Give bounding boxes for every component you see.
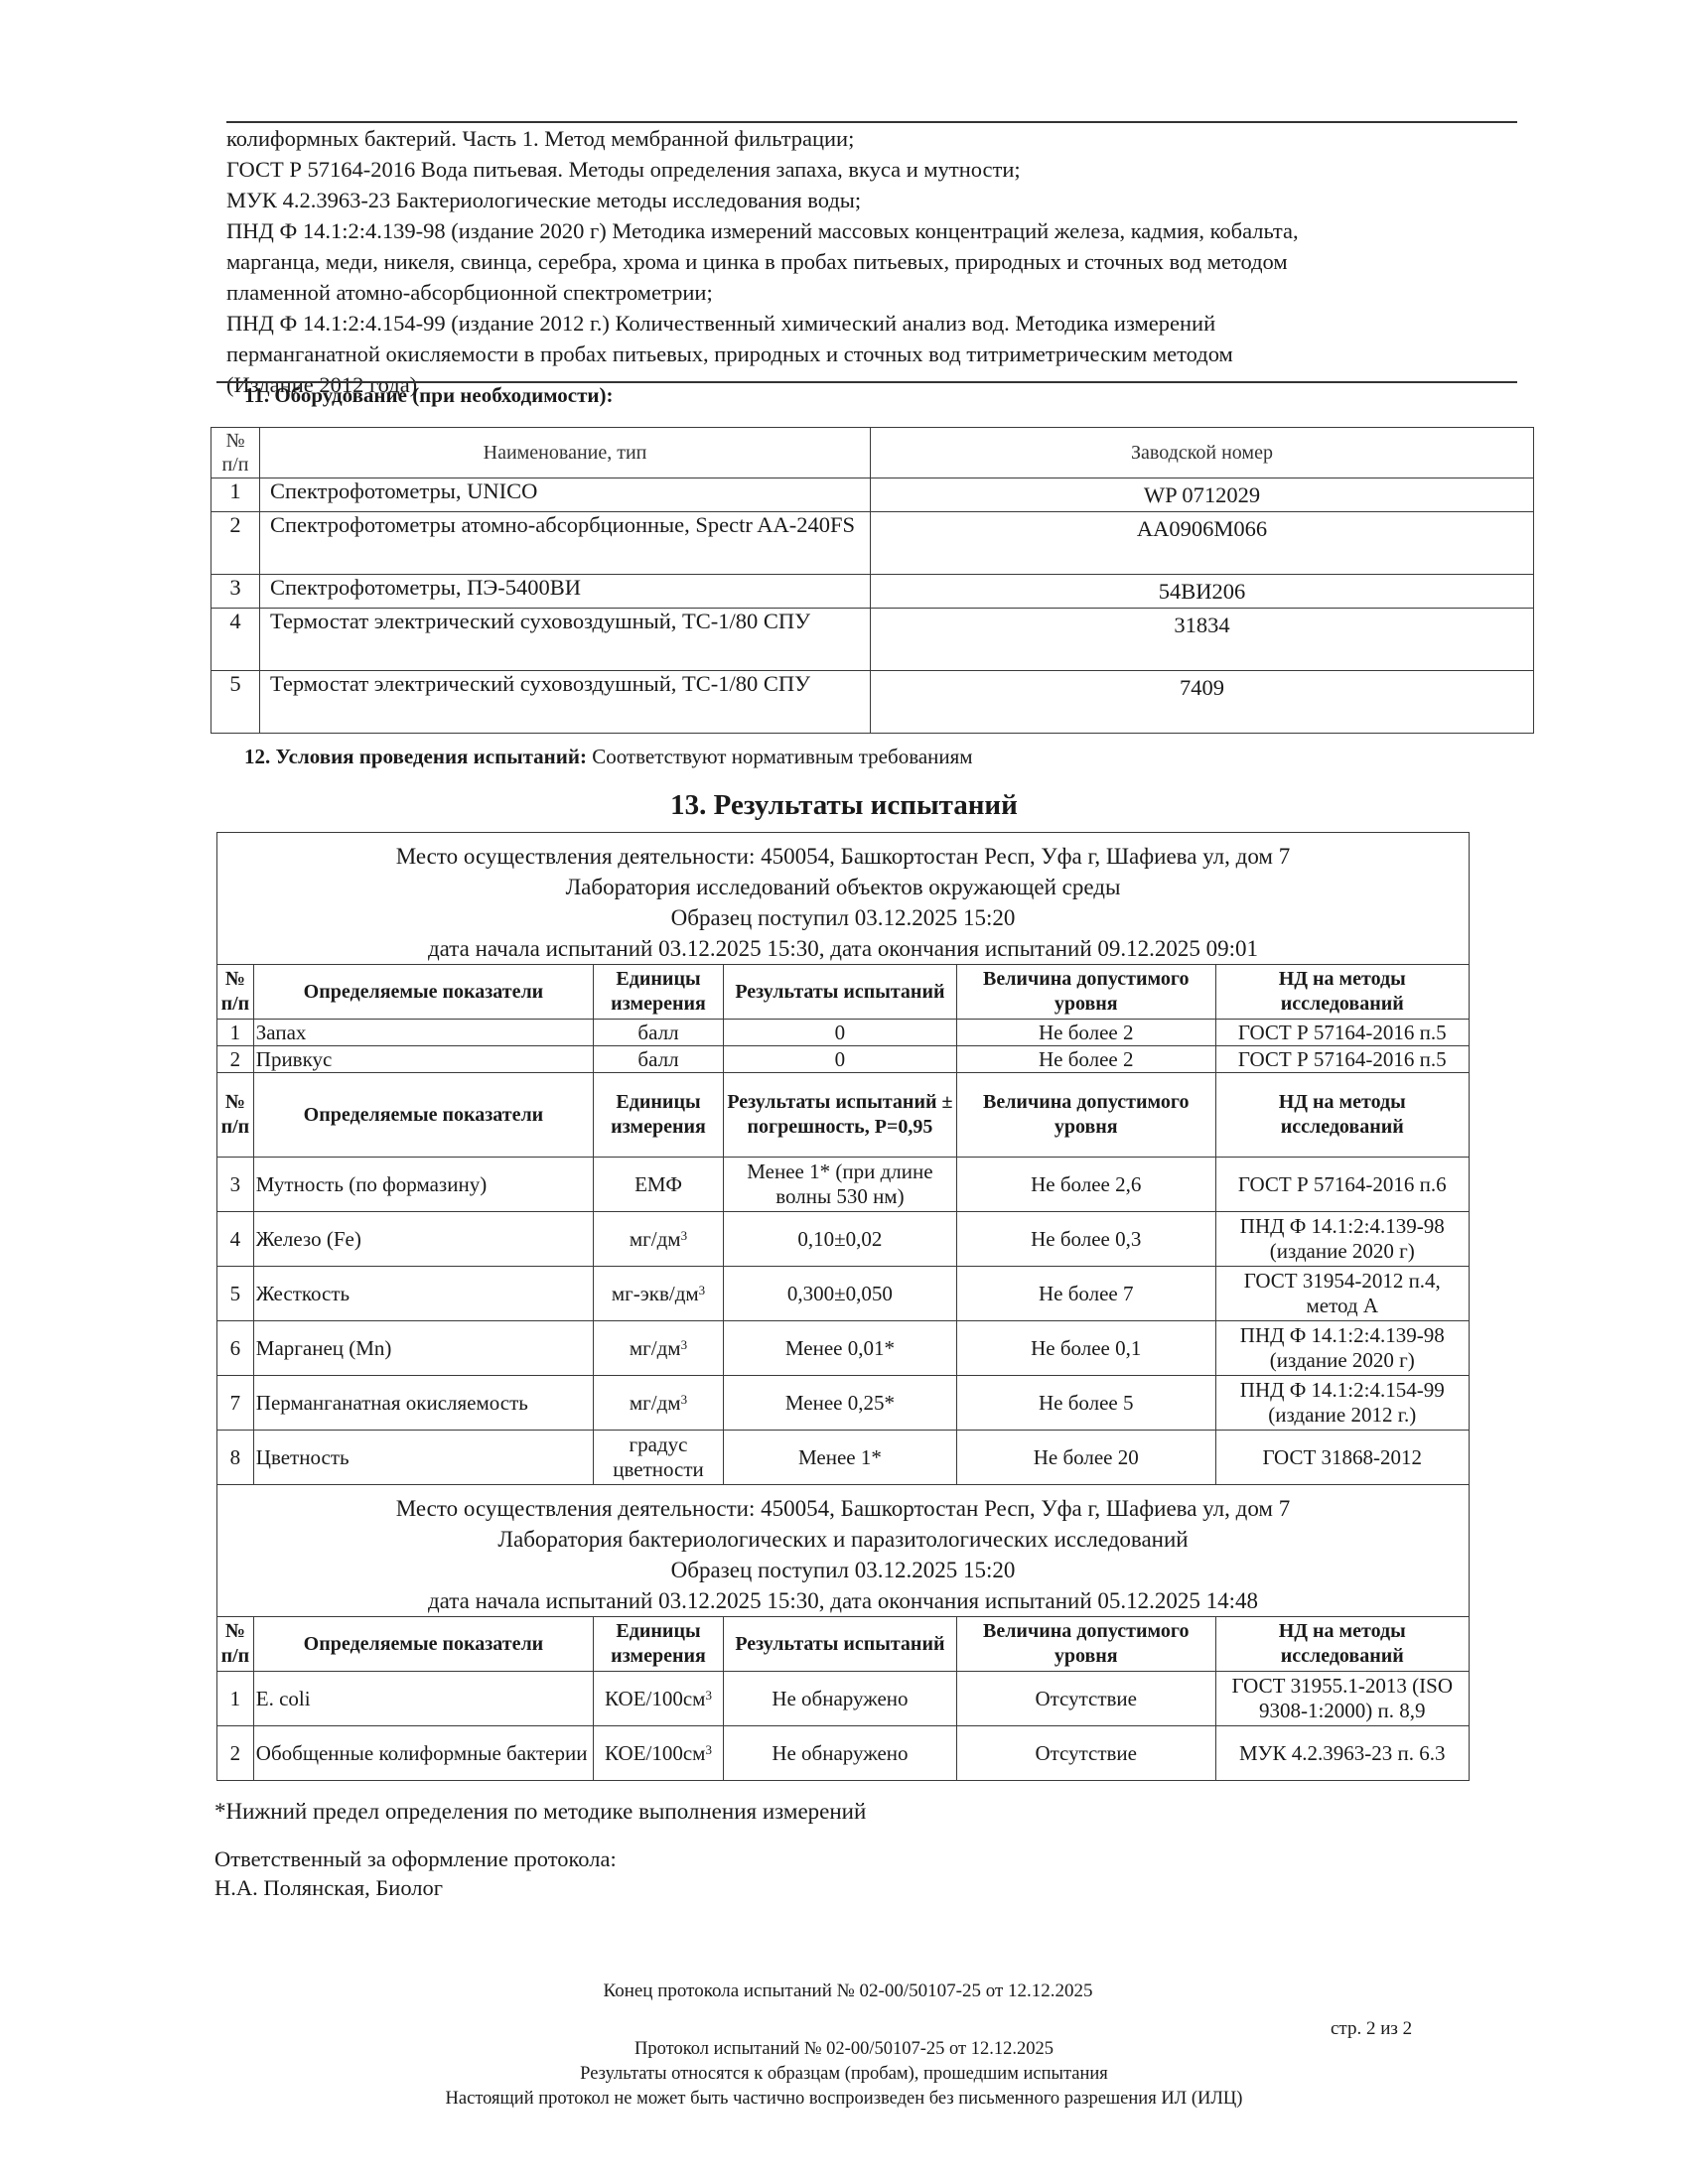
unit-text: КОЕ/100см: [605, 1687, 705, 1710]
result-method: ПНД Ф 14.1:2:4.154-99 (издание 2012 г.): [1215, 1376, 1469, 1431]
header-limit: Величина допустимого уровня: [956, 1617, 1215, 1672]
result-row: 6Марганец (Mn)мг/дм3Менее 0,01*Не более …: [217, 1321, 1470, 1376]
unit-text: балл: [637, 1021, 678, 1044]
equipment-serial: 54ВИ206: [871, 575, 1534, 609]
unit-text: мг-экв/дм: [612, 1282, 699, 1305]
block2-dates: дата начала испытаний 03.12.2025 15:30, …: [217, 1585, 1469, 1616]
result-result: Менее 0,25*: [723, 1376, 956, 1431]
result-limit: Не более 2: [956, 1020, 1215, 1046]
methods-line: пламенной атомно-абсорбционной спектроме…: [226, 277, 1517, 308]
responsible-name: Н.А. Полянская, Биолог: [214, 1873, 617, 1902]
equipment-name: Термостат электрический суховоздушный, Т…: [260, 609, 871, 671]
result-indicator: Жесткость: [253, 1267, 593, 1321]
result-method: ГОСТ Р 57164-2016 п.6: [1215, 1158, 1469, 1212]
section11-title: 11. Оборудование (при необходимости):: [244, 383, 614, 408]
result-result: Менее 1* (при длине волны 530 нм): [723, 1158, 956, 1212]
result-method: ГОСТ Р 57164-2016 п.5: [1215, 1020, 1469, 1046]
methods-line: марганца, меди, никеля, свинца, серебра,…: [226, 246, 1517, 277]
result-method: ПНД Ф 14.1:2:4.139-98 (издание 2020 г): [1215, 1321, 1469, 1376]
result-limit: Не более 2,6: [956, 1158, 1215, 1212]
unit-superscript: 3: [681, 1337, 688, 1352]
result-num: 4: [217, 1212, 254, 1267]
footnote: *Нижний предел определения по методике в…: [214, 1799, 866, 1825]
methods-line: ГОСТ Р 57164-2016 Вода питьевая. Методы …: [226, 154, 1517, 185]
result-indicator: Перманганатная окисляемость: [253, 1376, 593, 1431]
result-method: ГОСТ 31868-2012: [1215, 1431, 1469, 1485]
equipment-header-name: Наименование, тип: [260, 428, 871, 478]
header-limit: Величина допустимого уровня: [956, 1073, 1215, 1158]
equipment-row: 5Термостат электрический суховоздушный, …: [211, 671, 1534, 734]
methods-line: перманганатной окисляемости в пробах пит…: [226, 339, 1517, 369]
result-row: 7Перманганатная окисляемостьмг/дм3Менее …: [217, 1376, 1470, 1431]
unit-superscript: 3: [705, 1742, 712, 1757]
unit-text: градус цветности: [613, 1433, 704, 1481]
methods-list: колиформных бактерий. Часть 1. Метод мем…: [226, 123, 1517, 400]
result-method: ГОСТ 31954-2012 п.4, метод А: [1215, 1267, 1469, 1321]
result-row: 4Железо (Fe)мг/дм30,10±0,02Не более 0,3П…: [217, 1212, 1470, 1267]
unit-superscript: 3: [699, 1283, 706, 1297]
result-indicator: Запах: [253, 1020, 593, 1046]
result-num: 7: [217, 1376, 254, 1431]
result-method: ГОСТ 31955.1-2013 (ISO 9308-1:2000) п. 8…: [1215, 1672, 1469, 1726]
equipment-name: Спектрофотометры, UNICO: [260, 478, 871, 512]
result-result: Менее 1*: [723, 1431, 956, 1485]
result-num: 5: [217, 1267, 254, 1321]
equipment-header-num: № п/п: [211, 428, 260, 478]
result-method: МУК 4.2.3963-23 п. 6.3: [1215, 1726, 1469, 1781]
result-indicator: E. coli: [253, 1672, 593, 1726]
result-limit: Не более 0,3: [956, 1212, 1215, 1267]
result-indicator: Марганец (Mn): [253, 1321, 593, 1376]
result-limit: Отсутствие: [956, 1672, 1215, 1726]
header-result: Результаты испытаний ± погрешность, Р=0,…: [723, 1073, 956, 1158]
equipment-num: 2: [211, 512, 260, 575]
result-num: 8: [217, 1431, 254, 1485]
result-limit: Не более 20: [956, 1431, 1215, 1485]
result-unit: КОЕ/100см3: [594, 1672, 724, 1726]
result-unit: мг-экв/дм3: [594, 1267, 724, 1321]
header-unit: Единицы измерения: [594, 965, 724, 1020]
result-result: 0: [723, 1046, 956, 1073]
block1-dates: дата начала испытаний 03.12.2025 15:30, …: [217, 933, 1469, 964]
page-footer: Протокол испытаний № 02-00/50107-25 от 1…: [0, 2037, 1688, 2112]
equipment-row: 4Термостат электрический суховоздушный, …: [211, 609, 1534, 671]
unit-text: КОЕ/100см: [605, 1741, 705, 1765]
unit-text: мг/дм: [630, 1336, 681, 1360]
header-indicator: Определяемые показатели: [253, 1617, 593, 1672]
result-row: 5Жесткостьмг-экв/дм30,300±0,050Не более …: [217, 1267, 1470, 1321]
equipment-num: 1: [211, 478, 260, 512]
header-num: № п/п: [217, 965, 254, 1020]
equipment-num: 4: [211, 609, 260, 671]
end-note: Конец протокола испытаний № 02-00/50107-…: [0, 1980, 1688, 2002]
block2-lab: Лаборатория бактериологических и паразит…: [217, 1524, 1469, 1555]
header-result: Результаты испытаний: [723, 965, 956, 1020]
section12-value: Соответствуют нормативным требованиям: [592, 745, 972, 768]
methods-line: МУК 4.2.3963-23 Бактериологические метод…: [226, 185, 1517, 215]
result-limit: Не более 0,1: [956, 1321, 1215, 1376]
result-row: 2Привкусбалл0Не более 2ГОСТ Р 57164-2016…: [217, 1046, 1470, 1073]
equipment-name: Термостат электрический суховоздушный, Т…: [260, 671, 871, 734]
equipment-name: Спектрофотометры атомно-абсорбционные, S…: [260, 512, 871, 575]
equipment-num: 5: [211, 671, 260, 734]
unit-text: мг/дм: [630, 1391, 681, 1415]
header-method: НД на методы исследований: [1215, 1617, 1469, 1672]
equipment-row: 3Спектрофотометры, ПЭ-5400ВИ54ВИ206: [211, 575, 1534, 609]
document-page: колиформных бактерий. Часть 1. Метод мем…: [0, 0, 1688, 2184]
unit-superscript: 3: [681, 1228, 688, 1243]
responsible-block: Ответственный за оформление протокола: Н…: [214, 1844, 617, 1902]
result-unit: мг/дм3: [594, 1212, 724, 1267]
unit-text: ЕМФ: [634, 1172, 682, 1196]
result-num: 2: [217, 1726, 254, 1781]
result-indicator: Привкус: [253, 1046, 593, 1073]
result-result: 0,10±0,02: [723, 1212, 956, 1267]
results-table: Место осуществления деятельности: 450054…: [216, 832, 1470, 1781]
equipment-serial: WP 0712029: [871, 478, 1534, 512]
equipment-name: Спектрофотометры, ПЭ-5400ВИ: [260, 575, 871, 609]
result-unit: ЕМФ: [594, 1158, 724, 1212]
header-unit: Единицы измерения: [594, 1617, 724, 1672]
result-limit: Не более 5: [956, 1376, 1215, 1431]
result-num: 1: [217, 1672, 254, 1726]
result-row: 1Запахбалл0Не более 2ГОСТ Р 57164-2016 п…: [217, 1020, 1470, 1046]
result-result: 0,300±0,050: [723, 1267, 956, 1321]
unit-superscript: 3: [681, 1392, 688, 1407]
responsible-label: Ответственный за оформление протокола:: [214, 1844, 617, 1873]
header-result: Результаты испытаний: [723, 1617, 956, 1672]
footer-applies: Результаты относятся к образцам (пробам)…: [0, 2062, 1688, 2087]
unit-superscript: 3: [705, 1688, 712, 1703]
result-limit: Не более 7: [956, 1267, 1215, 1321]
result-result: Не обнаружено: [723, 1726, 956, 1781]
block2-header: Место осуществления деятельности: 450054…: [217, 1485, 1470, 1617]
equipment-table: № п/п Наименование, тип Заводской номер …: [211, 427, 1534, 734]
result-indicator: Обобщенные колиформные бактерии: [253, 1726, 593, 1781]
header-num: № п/п: [217, 1073, 254, 1158]
header-limit: Величина допустимого уровня: [956, 965, 1215, 1020]
result-unit: КОЕ/100см3: [594, 1726, 724, 1781]
block1-lab: Лаборатория исследований объектов окружа…: [217, 872, 1469, 902]
section12: 12. Условия проведения испытаний: Соотве…: [244, 745, 973, 769]
block1-received: Образец поступил 03.12.2025 15:20: [217, 902, 1469, 933]
result-unit: балл: [594, 1020, 724, 1046]
result-row: 1E. coliКОЕ/100см3Не обнаруженоОтсутстви…: [217, 1672, 1470, 1726]
block2-location: Место осуществления деятельности: 450054…: [217, 1493, 1469, 1524]
block1-header: Место осуществления деятельности: 450054…: [217, 833, 1470, 965]
header-indicator: Определяемые показатели: [253, 1073, 593, 1158]
block1-location: Место осуществления деятельности: 450054…: [217, 841, 1469, 872]
unit-text: мг/дм: [630, 1227, 681, 1251]
result-row: 8Цветностьградус цветностиМенее 1*Не бол…: [217, 1431, 1470, 1485]
result-indicator: Мутность (по формазину): [253, 1158, 593, 1212]
equipment-serial: 7409: [871, 671, 1534, 734]
methods-line: колиформных бактерий. Часть 1. Метод мем…: [226, 123, 1517, 154]
result-row: 2Обобщенные колиформные бактерииКОЕ/100с…: [217, 1726, 1470, 1781]
result-unit: балл: [594, 1046, 724, 1073]
result-num: 3: [217, 1158, 254, 1212]
section13-title: 13. Результаты испытаний: [0, 789, 1688, 822]
footer-protocol: Протокол испытаний № 02-00/50107-25 от 1…: [0, 2037, 1688, 2062]
equipment-serial: AA0906M066: [871, 512, 1534, 575]
equipment-row: 2Спектрофотометры атомно-абсорбционные, …: [211, 512, 1534, 575]
header-method: НД на методы исследований: [1215, 1073, 1469, 1158]
result-unit: градус цветности: [594, 1431, 724, 1485]
result-num: 2: [217, 1046, 254, 1073]
result-result: Не обнаружено: [723, 1672, 956, 1726]
result-unit: мг/дм3: [594, 1376, 724, 1431]
result-result: 0: [723, 1020, 956, 1046]
equipment-header-serial: Заводской номер: [871, 428, 1534, 478]
header-indicator: Определяемые показатели: [253, 965, 593, 1020]
result-unit: мг/дм3: [594, 1321, 724, 1376]
section12-label: 12. Условия проведения испытаний:: [244, 745, 587, 768]
header-num: № п/п: [217, 1617, 254, 1672]
result-num: 1: [217, 1020, 254, 1046]
methods-line: ПНД Ф 14.1:2:4.139-98 (издание 2020 г) М…: [226, 215, 1517, 246]
result-limit: Не более 2: [956, 1046, 1215, 1073]
unit-text: балл: [637, 1047, 678, 1071]
result-method: ПНД Ф 14.1:2:4.139-98 (издание 2020 г): [1215, 1212, 1469, 1267]
result-num: 6: [217, 1321, 254, 1376]
result-method: ГОСТ Р 57164-2016 п.5: [1215, 1046, 1469, 1073]
result-indicator: Цветность: [253, 1431, 593, 1485]
result-indicator: Железо (Fe): [253, 1212, 593, 1267]
block2-received: Образец поступил 03.12.2025 15:20: [217, 1555, 1469, 1585]
header-method: НД на методы исследований: [1215, 965, 1469, 1020]
result-limit: Отсутствие: [956, 1726, 1215, 1781]
footer-restriction: Настоящий протокол не может быть частичн…: [0, 2087, 1688, 2112]
result-result: Менее 0,01*: [723, 1321, 956, 1376]
equipment-row: 1Спектрофотометры, UNICOWP 0712029: [211, 478, 1534, 512]
equipment-num: 3: [211, 575, 260, 609]
header-unit: Единицы измерения: [594, 1073, 724, 1158]
methods-line: ПНД Ф 14.1:2:4.154-99 (издание 2012 г.) …: [226, 308, 1517, 339]
result-row: 3Мутность (по формазину)ЕМФМенее 1* (при…: [217, 1158, 1470, 1212]
equipment-serial: 31834: [871, 609, 1534, 671]
